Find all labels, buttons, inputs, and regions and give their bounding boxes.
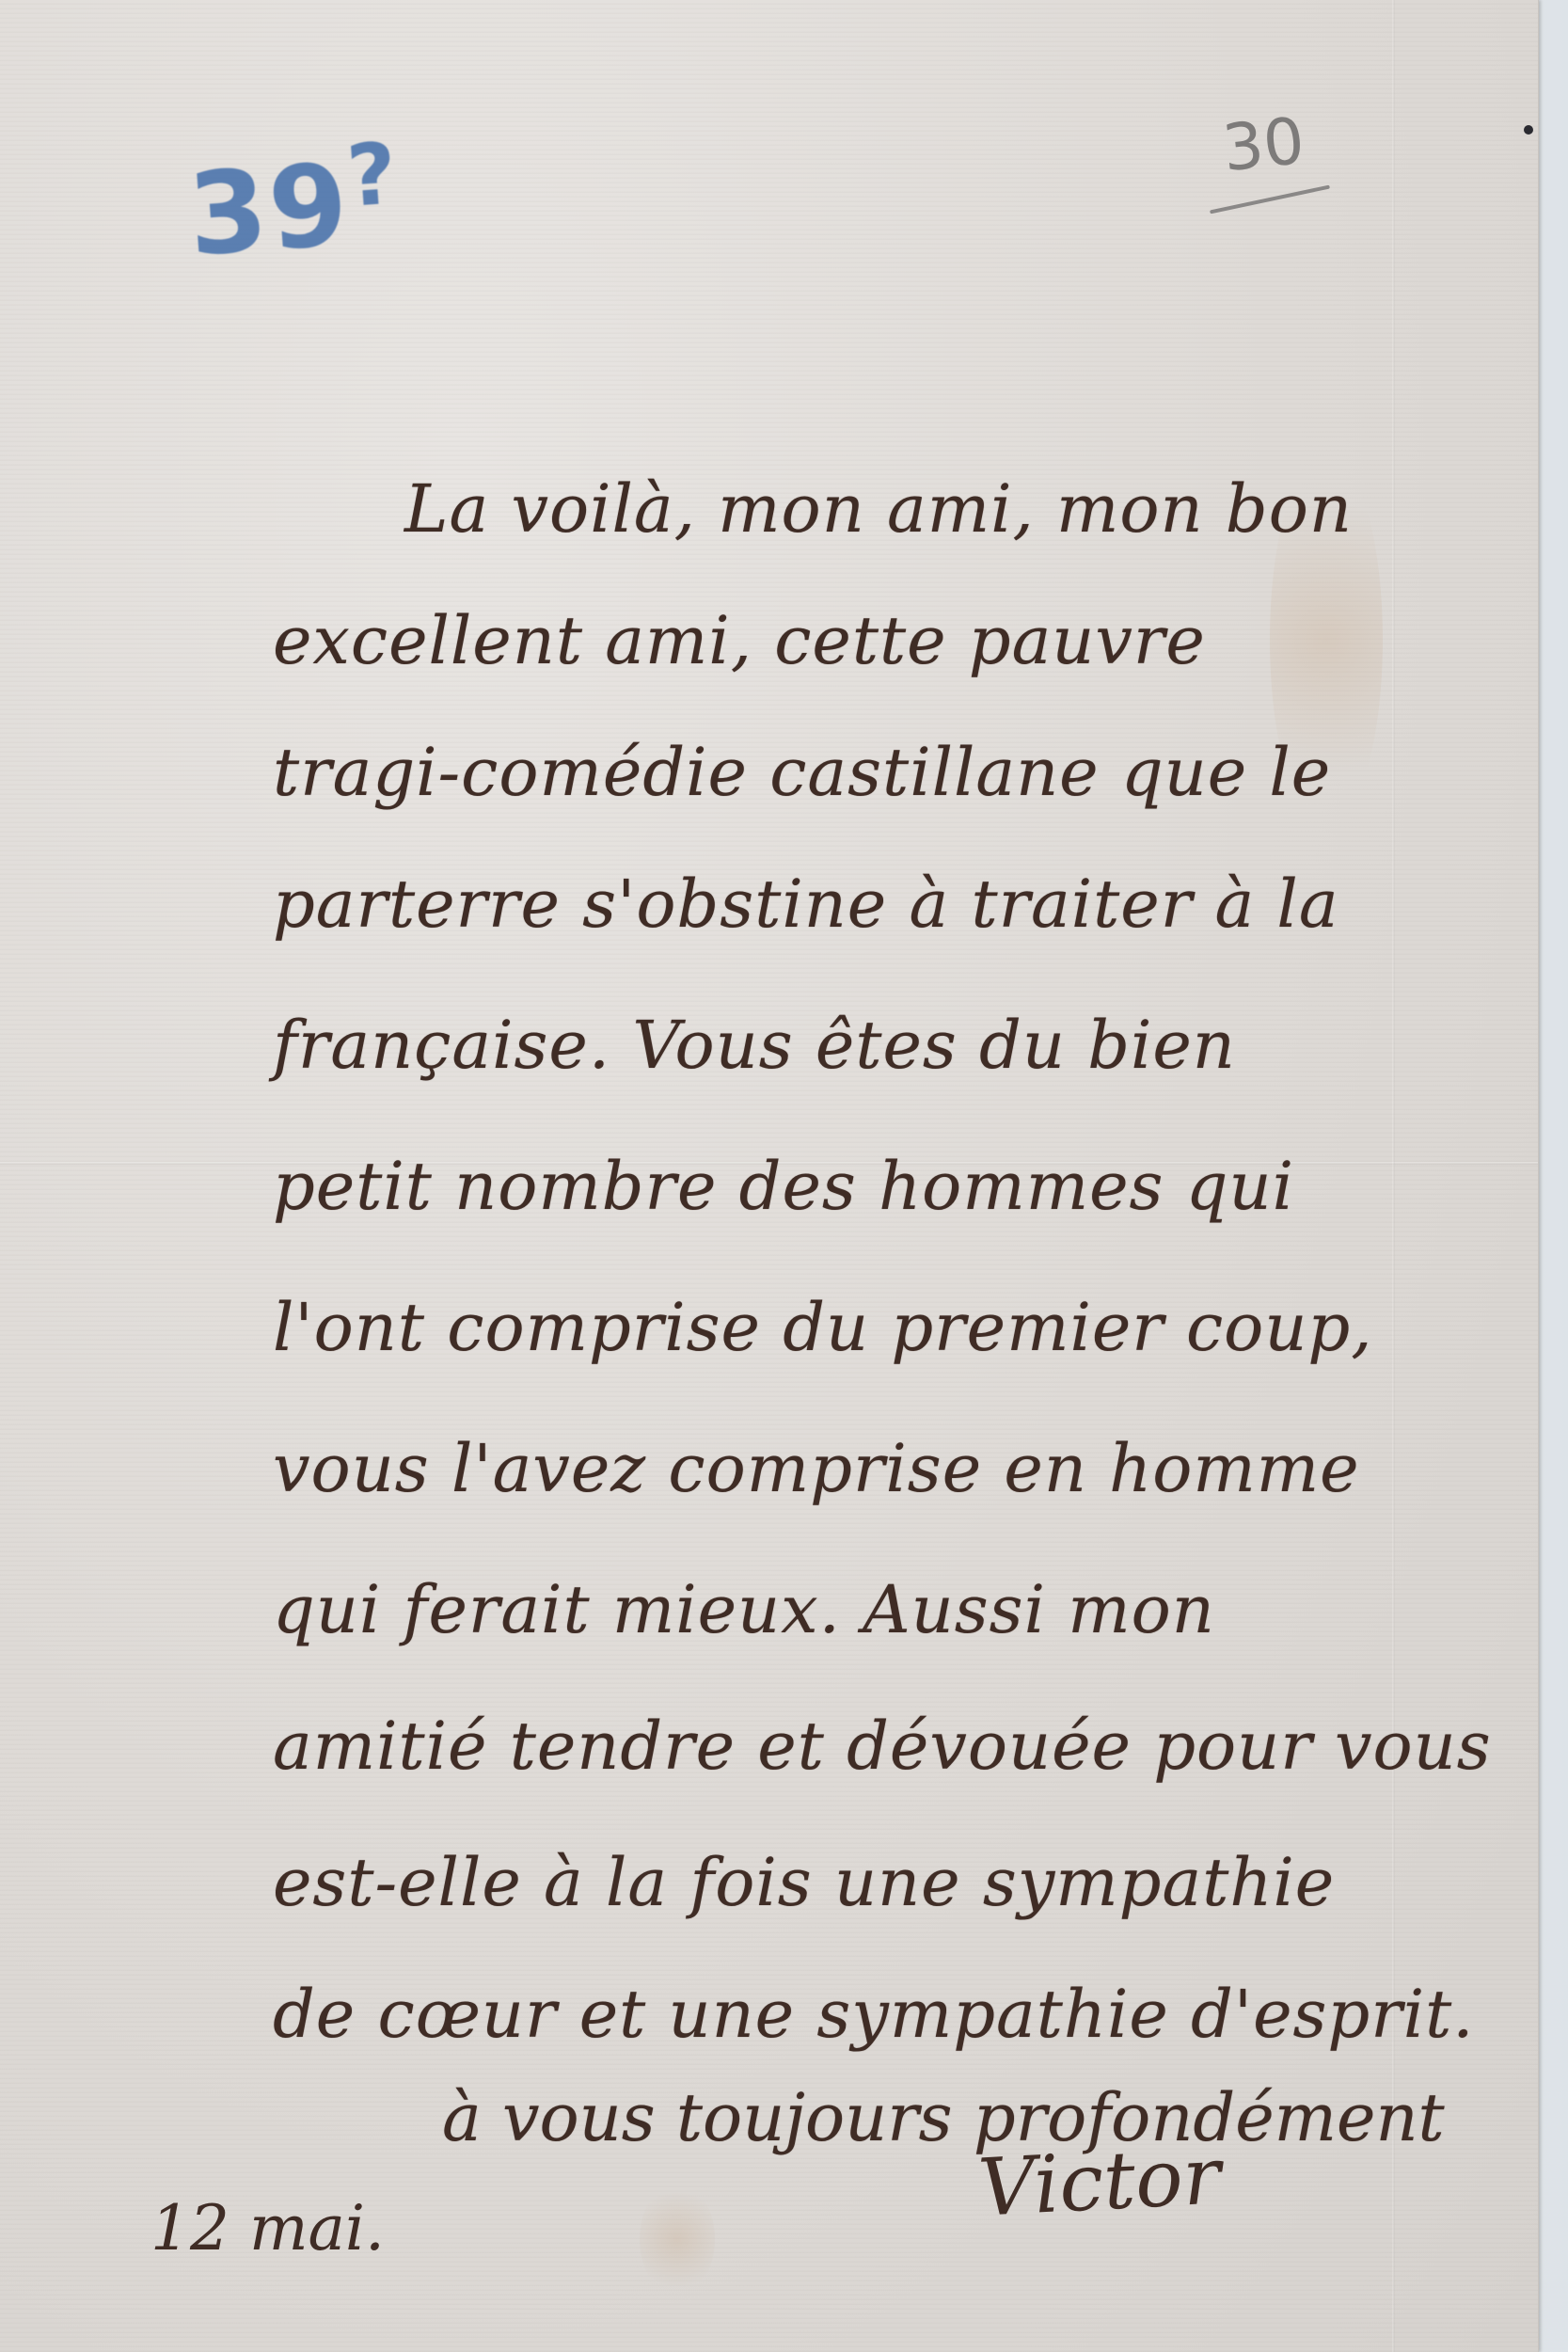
letter-paper: 39? 30 La voilà, mon ami, mon bon excell… <box>0 0 1539 2352</box>
letter-line-5: française. Vous êtes du bien <box>273 1007 1236 1084</box>
letter-date: 12 mai. <box>150 2192 385 2265</box>
photo-scene: 39? 30 La voilà, mon ami, mon bon excell… <box>0 0 1568 2352</box>
archival-number-blue: 39? <box>183 124 404 281</box>
letter-signature: Victor <box>976 2129 1223 2233</box>
question-mark: ? <box>344 124 402 227</box>
letter-line-10: amitié tendre et dévouée pour vous <box>273 1708 1492 1785</box>
letter-line-8: vous l'avez comprise en homme <box>273 1430 1360 1507</box>
letter-line-6: petit nombre des hommes qui <box>273 1148 1294 1225</box>
page-number-underline <box>1210 185 1330 215</box>
letter-line-7: l'ont comprise du premier coup, <box>273 1289 1372 1366</box>
page-number-pencil: 30 <box>1219 104 1307 187</box>
letter-line-11: est-elle à la fois une sympathie <box>273 1844 1335 1921</box>
letter-line-1: La voilà, mon ami, mon bon <box>404 470 1353 548</box>
paper-stain <box>640 2183 715 2296</box>
letter-closing: à vous toujours profondément <box>442 2079 1445 2156</box>
letter-line-2: excellent ami, cette pauvre <box>273 602 1206 679</box>
archival-number-text: 39 <box>184 140 354 282</box>
letter-line-9: qui ferait mieux. Aussi mon <box>273 1571 1215 1648</box>
ink-speck <box>1524 125 1533 135</box>
letter-line-4: parterre s'obstine à traiter à la <box>273 866 1339 943</box>
letter-line-12: de cœur et une sympathie d'esprit. <box>273 1976 1474 2053</box>
letter-line-3: tragi-comédie castillane que le <box>273 734 1331 811</box>
